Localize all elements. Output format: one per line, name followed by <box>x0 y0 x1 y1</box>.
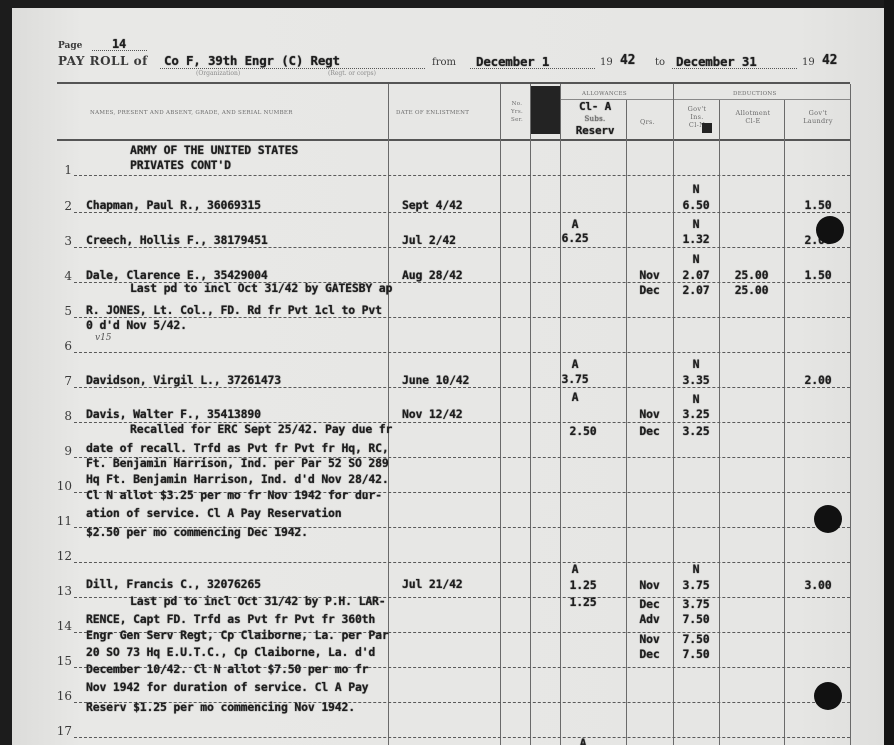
organization-caption: (Organization) <box>196 70 240 77</box>
remark-line: Nov 1942 for duration of service. Cl A P… <box>86 680 368 694</box>
enlistment-date: June 10/42 <box>402 373 469 387</box>
ins-code: N <box>673 392 719 406</box>
soldier-name: Creech, Hollis F., 38179451 <box>86 233 268 247</box>
row-number: 5 <box>50 304 72 318</box>
qrs-month: Adv <box>626 612 673 626</box>
remark-line: Ft. Benjamin Harrison, Ind. per Par 52 S… <box>86 456 389 470</box>
row-line <box>74 175 850 176</box>
organization-underline <box>160 68 425 69</box>
remark-line: Last pd to incl Oct 31/42 by P.H. LAR- <box>130 594 386 608</box>
to-label: to <box>655 57 665 68</box>
allotment-amount: 25.00 <box>719 283 784 297</box>
row-number: 7 <box>50 374 72 388</box>
col-header-qrs: Qrs. <box>640 118 655 126</box>
remark-line: ation of service. Cl A Pay Reservation <box>86 506 342 520</box>
col-group-deductions: DEDUCTIONS <box>733 91 777 97</box>
redacted-cl-header <box>530 86 560 134</box>
soldier-name: Dill, Francis C., 32076265 <box>86 577 261 591</box>
from-date-underline <box>470 68 595 69</box>
laundry-amount: 1.50 <box>786 198 850 212</box>
qrs-month: Nov <box>626 578 673 592</box>
page-label: Page <box>58 41 82 51</box>
remark-line: 0 d'd Nov 5/42. <box>86 318 187 332</box>
row-number: 17 <box>50 724 72 738</box>
punch-hole <box>816 216 844 244</box>
ins-amount: 3.25 <box>673 407 719 421</box>
col-header-yrs-ser: No.Yrs.Ser. <box>507 100 527 124</box>
from-label: from <box>432 57 456 68</box>
ins-amount: 3.35 <box>673 373 719 387</box>
remark-line: R. JONES, Lt. Col., FD. Rd fr Pvt 1cl to… <box>86 303 382 317</box>
enlistment-date: Jul 2/42 <box>402 233 456 247</box>
ins-amount: 6.50 <box>673 198 719 212</box>
row-line <box>74 352 850 353</box>
qrs-month: Dec <box>626 647 673 661</box>
soldier-name: Chapman, Paul R., 36069315 <box>86 198 261 212</box>
laundry-amount: 2.00 <box>786 373 850 387</box>
ins-amount: 3.75 <box>673 578 719 592</box>
row-number: 14 <box>50 619 72 633</box>
laundry-amount: 3.00 <box>786 578 850 592</box>
soldier-name: Dale, Clarence E., 35429004 <box>86 268 268 282</box>
remark-line: 20 SO 73 Hq E.U.T.C., Cp Claiborne, La. … <box>86 645 375 659</box>
remark-line: Last pd to incl Oct 31/42 by GATESBY ap <box>130 281 392 295</box>
col-divider <box>850 84 851 745</box>
remark-line: December 10/42. Cl N allot $7.50 per mo … <box>86 662 368 676</box>
qrs-month: Nov <box>626 407 673 421</box>
ins-code: N <box>673 182 719 196</box>
subs-amount: 1.25 <box>560 578 606 592</box>
ins-code: N <box>673 562 719 576</box>
punch-hole <box>814 682 842 710</box>
qrs-month: Dec <box>626 424 673 438</box>
col-divider <box>560 84 561 745</box>
qrs-month: Dec <box>626 283 673 297</box>
subs-amount: 6.25 <box>560 231 590 245</box>
subs-code: A <box>560 390 590 404</box>
ins-amount: 2.07 <box>673 283 719 297</box>
ins-code: N <box>673 217 719 231</box>
subs-amount: 1.25 <box>560 595 606 609</box>
to-date: December 31 <box>676 54 757 69</box>
row-number: 15 <box>50 654 72 668</box>
from-year: 42 <box>620 53 635 68</box>
header-top-rule <box>57 82 850 84</box>
row-line <box>74 317 850 318</box>
row-line <box>74 387 850 388</box>
remark-line: Reserv $1.25 per mo commencing Nov 1942. <box>86 700 355 714</box>
page-number: 14 <box>112 37 126 51</box>
punch-hole <box>814 505 842 533</box>
ins-amount: 7.50 <box>673 632 719 646</box>
regt-caption: (Regt. or corps) <box>328 70 376 77</box>
qrs-month: Dec <box>626 597 673 611</box>
year-prefix-2: 19 <box>802 57 815 68</box>
remark-line: RENCE, Capt FD. Trfd as Pvt fr Pvt fr 36… <box>86 612 375 626</box>
payroll-title: PAY ROLL of <box>58 54 148 68</box>
remark-line: Recalled for ERC Sept 25/42. Pay due fr <box>130 422 392 436</box>
subs-amount: 2.50 <box>560 424 606 438</box>
section-subheading: PRIVATES CONT'D <box>130 158 231 172</box>
row-number: 12 <box>50 549 72 563</box>
row-number: 13 <box>50 584 72 598</box>
remark-line: Engr Gen Serv Regt, Cp Claiborne, La. pe… <box>86 628 389 642</box>
soldier-name: Davis, Walter F., 35413890 <box>86 407 261 421</box>
col-header-subs: Cl- A Subs. Reserv <box>566 101 624 137</box>
col-divider <box>388 84 389 745</box>
organization-name: Co F, 39th Engr (C) Regt <box>164 53 340 68</box>
row-number: 3 <box>50 234 72 248</box>
subs-code: A <box>560 217 590 231</box>
col-header-names: NAMES, PRESENT AND ABSENT, GRADE, AND SE… <box>90 110 293 116</box>
row-number: 10 <box>50 479 72 493</box>
allotment-amount: 25.00 <box>719 268 784 282</box>
subs-code: A <box>560 562 590 576</box>
remark-line: $2.50 per mo commencing Dec 1942. <box>86 525 308 539</box>
row-line <box>74 562 850 563</box>
soldier-name: Davidson, Virgil L., 37261473 <box>86 373 281 387</box>
subs-amount: 3.75 <box>560 372 590 386</box>
ins-amount: 3.25 <box>673 424 719 438</box>
handwritten-mark: v15 <box>95 333 112 343</box>
enlistment-date: Sept 4/42 <box>402 198 463 212</box>
row-line <box>74 212 850 213</box>
ins-code: N <box>673 357 719 371</box>
row-number: 8 <box>50 409 72 423</box>
laundry-amount: 1.50 <box>786 268 850 282</box>
from-date: December 1 <box>476 54 549 69</box>
section-heading: ARMY OF THE UNITED STATES <box>130 143 298 157</box>
ins-amount: 3.75 <box>673 597 719 611</box>
col-header-laundry: Gov'tLaundry <box>788 109 848 125</box>
col-header-allotment: AllotmentCl-E <box>722 109 784 125</box>
ins-amount: 7.50 <box>673 612 719 626</box>
ins-amount: 7.50 <box>673 647 719 661</box>
subs-code: A <box>560 357 590 371</box>
film-edge <box>884 0 894 745</box>
qrs-month: Nov <box>626 268 673 282</box>
enlistment-date: Nov 12/42 <box>402 407 463 421</box>
row-number: 6 <box>50 339 72 353</box>
row-number: 11 <box>50 514 72 528</box>
to-year: 42 <box>822 53 837 68</box>
ins-code: N <box>673 252 719 266</box>
ins-amount: 2.07 <box>673 268 719 282</box>
row-number: 4 <box>50 269 72 283</box>
enlistment-date: Aug 28/42 <box>402 268 463 282</box>
col-group-allowances: ALLOWANCES <box>582 91 627 97</box>
qrs-month: Nov <box>626 632 673 646</box>
remark-line: Hq Ft. Benjamin Harrison, Ind. d'd Nov 2… <box>86 472 389 486</box>
row-number: 2 <box>50 199 72 213</box>
col-divider <box>500 84 501 745</box>
subs-code: A <box>560 736 606 745</box>
enlistment-date: Jul 21/42 <box>402 577 463 591</box>
remark-line: date of recall. Trfd as Pvt fr Pvt fr Hq… <box>86 441 389 455</box>
row-line <box>74 247 850 248</box>
ins-amount: 1.32 <box>673 232 719 246</box>
remark-line: Cl N allot $3.25 per mo fr Nov 1942 for … <box>86 488 382 502</box>
row-number: 9 <box>50 444 72 458</box>
redacted-ins-class <box>702 123 712 133</box>
to-date-underline <box>672 68 797 69</box>
row-line <box>74 737 850 738</box>
row-number: 16 <box>50 689 72 703</box>
col-header-enlistment: DATE OF ENLISTMENT <box>396 110 469 116</box>
header-bottom-rule <box>57 139 850 141</box>
year-prefix-1: 19 <box>600 57 613 68</box>
row-number: 1 <box>50 163 72 177</box>
col-divider <box>530 84 531 745</box>
